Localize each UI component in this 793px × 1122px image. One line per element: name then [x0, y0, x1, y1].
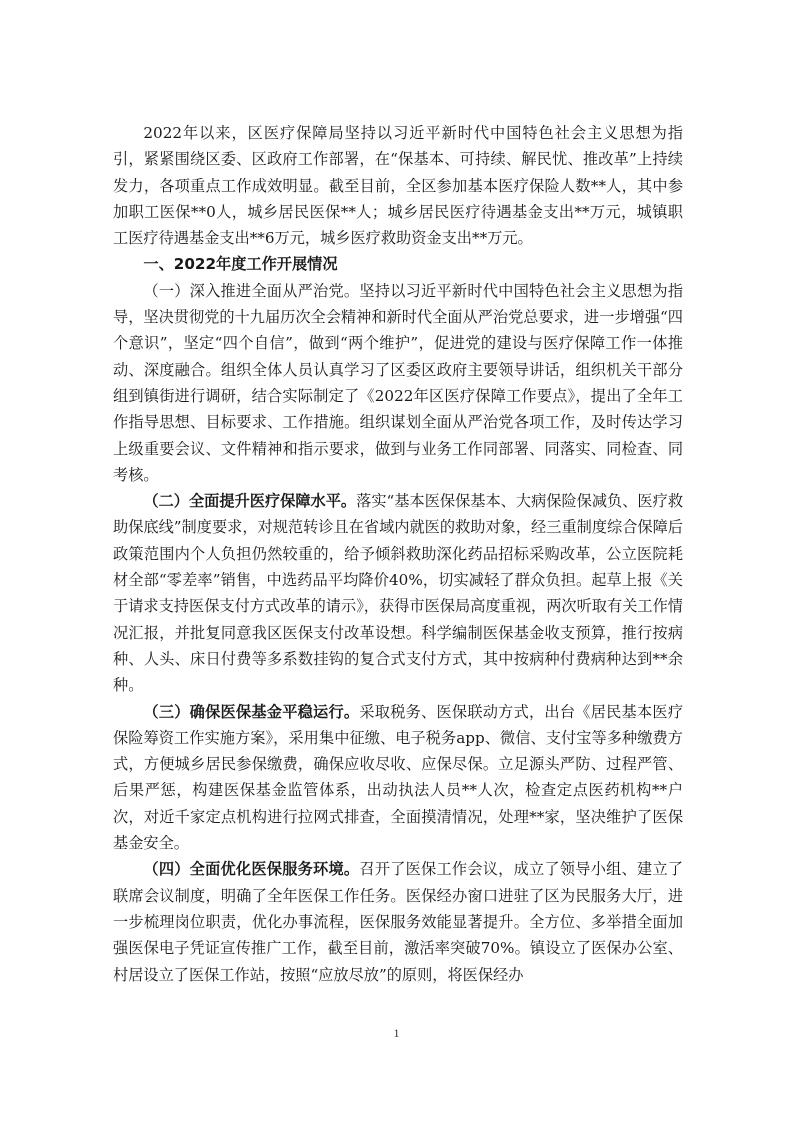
subsection-lead-2: （二）全面提升医疗保障水平。 [143, 492, 356, 510]
page-number: 1 [0, 1026, 793, 1041]
document-page: 2022年以来，区医疗保障局坚持以习近平新时代中国特色社会主义思想为指引，紧紧围… [0, 0, 793, 1122]
subsection-paragraph-3: （三）确保医保基金平稳运行。采取税务、医保联动方式，出台《居民基本医疗保险筹资工… [113, 699, 683, 857]
section-heading: 一、2022年度工作开展情况 [113, 251, 683, 277]
subsection-body-2: 落实“基本医保保基本、大病保险保减负、医疗救助保底线”制度要求，对规范转诊且在省… [113, 492, 683, 694]
document-body: 2022年以来，区医疗保障局坚持以习近平新时代中国特色社会主义思想为指引，紧紧围… [113, 120, 683, 988]
subsection-lead-3: （三）确保医保基金平稳运行。 [143, 703, 359, 721]
subsection-lead-1: （一）深入推进全面从严治党。 [143, 282, 359, 300]
subsection-body-1: 坚持以习近平新时代中国特色社会主义思想为指导，坚决贯彻党的十九届历次全会精神和新… [113, 282, 683, 484]
subsection-lead-4: （四）全面优化医保服务环境。 [143, 860, 359, 878]
subsection-body-4: 召开了医保工作会议，成立了领导小组、建立了联席会议制度，明确了全年医保工作任务。… [113, 860, 683, 983]
subsection-paragraph-4: （四）全面优化医保服务环境。召开了医保工作会议，成立了领导小组、建立了联席会议制… [113, 856, 683, 987]
subsection-paragraph-1: （一）深入推进全面从严治党。坚持以习近平新时代中国特色社会主义思想为指导，坚决贯… [113, 278, 683, 488]
subsection-paragraph-2: （二）全面提升医疗保障水平。落实“基本医保保基本、大病保险保减负、医疗救助保底线… [113, 488, 683, 698]
subsection-body-3: 采取税务、医保联动方式，出台《居民基本医疗保险筹资工作实施方案》，采用集中征缴、… [113, 703, 683, 852]
intro-paragraph: 2022年以来，区医疗保障局坚持以习近平新时代中国特色社会主义思想为指引，紧紧围… [113, 120, 683, 251]
